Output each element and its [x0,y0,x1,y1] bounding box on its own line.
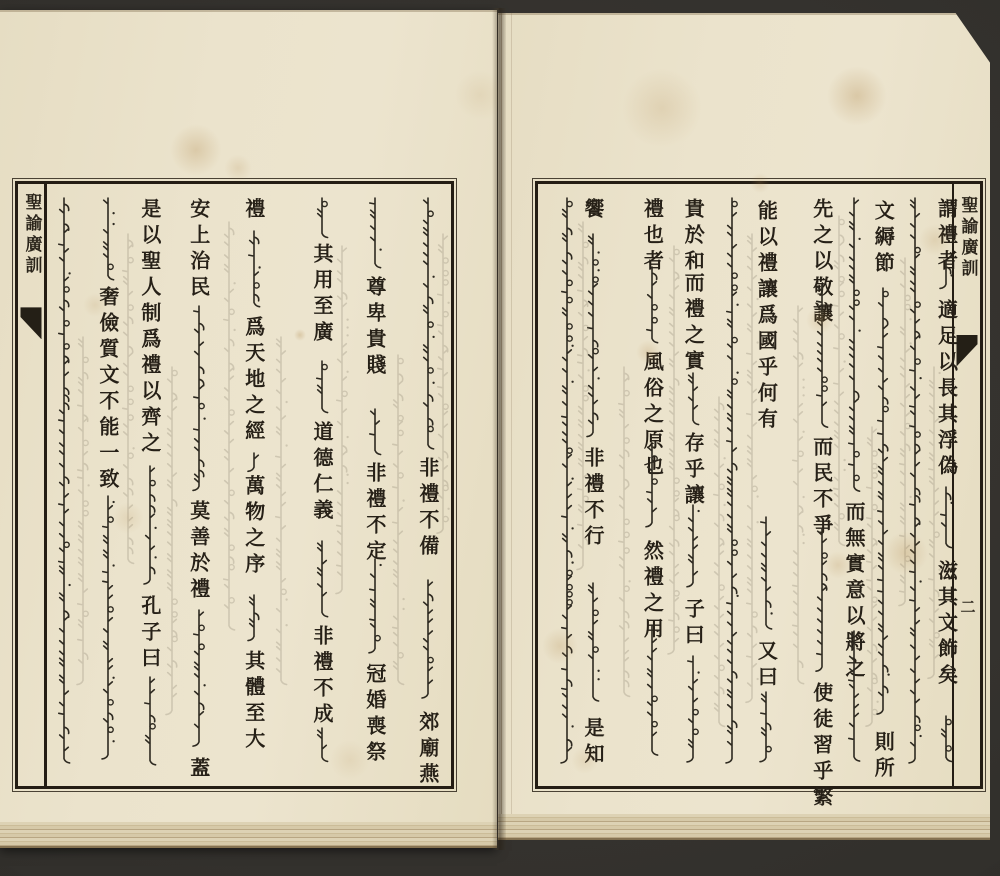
chinese-text-segment: 其體至大 [244,650,264,754]
chinese-text-segment: 冠婚喪祭 [365,663,385,767]
chinese-text-segment: 存乎讓 [683,432,703,510]
manchu-text-segment [142,464,158,585]
ghost-manchu-segment [575,220,591,570]
ghost-manchu-segment [831,214,847,546]
chinese-text-segment: 禮 [244,198,264,224]
chinese-text-segment: 是以聖人制爲禮以齊之 [140,198,160,458]
ghost-showthrough-column [330,184,354,786]
right-fishtail-mark [957,335,978,367]
manchu-text-segment [191,304,207,491]
ghost-manchu-segment [926,365,942,679]
ghost-manchu-segment [334,244,350,594]
ghost-showthrough-column [386,184,410,786]
right-page-frame: 饗非禮不行是知禮也者風俗之原也然禮之用貴於和而禮之實存乎讓子曰能以禮讓爲國乎何有… [532,178,986,792]
left-page-column-5: 禮爲天地之經萬物之序其體至大 [242,184,266,786]
chinese-text-segment: 非禮不定 [365,462,385,566]
manchu-text-segment [367,557,383,654]
manchu-text-segment [644,623,660,756]
manchu-text-segment [644,443,660,528]
ghost-showthrough-column [160,184,184,786]
left-page: 聖諭廣訓 奢儉質文不能一致是以聖人制爲禮以齊之孔子曰安上治民莫善於禮蓋禮爲天地之… [0,10,497,848]
ghost-showthrough-column [893,184,917,786]
ghost-manchu-segment [164,365,180,715]
ghost-showthrough-column [269,184,293,786]
manchu-text-segment [314,196,330,238]
manchu-text-segment [191,608,207,747]
ghost-showthrough-column [827,184,851,786]
manchu-text-segment [314,726,330,762]
left-page-edge-stack [0,822,497,848]
manchu-text-segment [314,539,330,618]
ghost-manchu-segment [744,232,760,703]
right-page-text-area: 饗非禮不行是知禮也者風俗之原也然禮之用貴於和而禮之實存乎讓子曰能以禮讓爲國乎何有… [538,184,951,786]
chinese-text-segment: 萬物之序 [244,475,264,579]
right-page: 饗非禮不行是知禮也者風俗之原也然禮之用貴於和而禮之實存乎讓子曰能以禮讓爲國乎何有… [498,13,990,840]
chinese-text-segment: 孔子曰 [140,595,160,673]
manchu-text-segment [685,371,701,425]
left-page-column-7: 尊卑貴賤非禮不定冠婚喪祭 [363,184,387,786]
chinese-text-segment: 尊卑貴賤 [365,276,385,380]
manchu-text-segment [100,196,116,281]
ghost-showthrough-column [662,184,686,786]
ghost-manchu-segment [790,304,806,685]
manchu-text-segment [685,503,701,588]
ghost-showthrough-column [116,184,140,786]
manchu-text-segment [367,196,383,268]
left-fishtail-mark [21,307,42,339]
ghost-showthrough-column [217,184,241,786]
left-page-text-area: 奢儉質文不能一致是以聖人制爲禮以齊之孔子曰安上治民莫善於禮蓋禮爲天地之經萬物之序… [47,184,451,786]
ghost-manchu-segment [435,232,451,534]
right-page-fold-strip: 聖諭廣訓 二 [952,184,980,786]
ghost-showthrough-column [740,184,764,786]
manchu-text-segment [246,593,262,641]
page-number: 二 [960,599,975,614]
manchu-text-segment [142,675,158,766]
manchu-text-segment [644,265,660,344]
right-page-edge-stack [498,814,990,840]
manchu-text-segment [100,494,116,760]
book-photo: 聖諭廣訓 奢儉質文不能一致是以聖人制爲禮以齊之孔子曰安上治民莫善於禮蓋禮爲天地之… [0,0,1000,876]
left-page-frame: 聖諭廣訓 奢儉質文不能一致是以聖人制爲禮以齊之孔子曰安上治民莫善於禮蓋禮爲天地之… [12,178,457,792]
chinese-text-segment: 貴於和 [683,198,703,276]
left-page-fold-strip: 聖諭廣訓 [18,184,47,786]
book-gutter-shadow [492,8,506,850]
ghost-manchu-segment [864,425,880,727]
left-page-column-4: 安上治民莫善於禮蓋 [187,184,211,786]
ghost-manchu-segment [711,395,727,727]
ghost-manchu-segment [221,220,237,631]
manchu-text-segment [246,229,262,308]
ghost-manchu-segment [120,232,136,564]
ghost-showthrough-column [707,184,731,786]
right-page-column-3: 禮也者風俗之原也然禮之用 [640,184,664,786]
ghost-showthrough-column [612,184,636,786]
chinese-text-segment: 而禮之實 [683,272,703,376]
manchu-text-segment [56,196,72,764]
ghost-showthrough-column [786,184,810,786]
chinese-text-segment: 爲天地之經 [244,316,264,446]
ghost-manchu-segment [75,335,91,685]
ghost-manchu-segment [897,256,913,606]
manchu-text-segment [685,654,701,763]
manchu-text-segment [367,407,383,455]
manchu-text-segment [314,359,330,413]
chinese-text-segment: 子曰 [683,598,703,650]
manchu-text-segment [246,451,262,472]
ghost-manchu-segment [616,365,632,697]
ghost-manchu-segment [666,244,682,655]
right-folio-title: 聖諭廣訓 [959,196,976,280]
ghost-showthrough-column [431,184,455,786]
ghost-showthrough-column [860,184,884,786]
chinese-text-segment: 蓋 [189,757,209,783]
left-folio-title: 聖諭廣訓 [23,193,40,277]
ghost-manchu-segment [390,353,406,685]
ghost-showthrough-column [71,184,95,786]
ghost-manchu-segment [273,335,289,685]
ghost-showthrough-column [922,184,946,786]
chinese-text-segment: 安上治民 [189,198,209,302]
left-page-column-3: 是以聖人制爲禮以齊之孔子曰 [138,184,162,786]
chinese-text-segment: 莫善於禮 [189,500,209,604]
ghost-showthrough-column [571,184,595,786]
